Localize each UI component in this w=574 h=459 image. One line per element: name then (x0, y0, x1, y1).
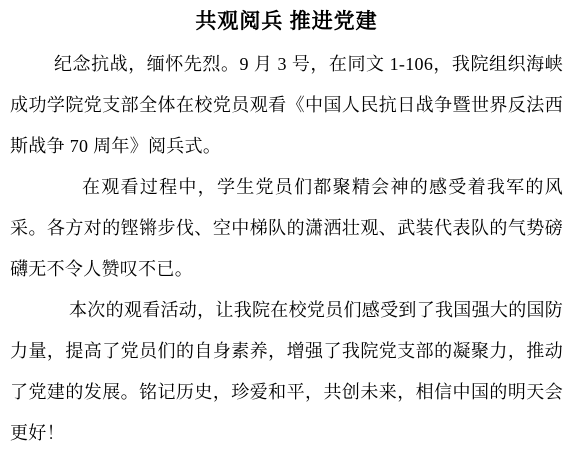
text-line: 采。各方对的铿锵步伐、空中梯队的潇洒壮观、武装代表队的气势磅 (10, 208, 563, 249)
paragraph-1: 纪念抗战，缅怀先烈。9 月 3 号，在同文 1-106，我院组织海峡 成功学院党… (10, 44, 563, 167)
text-line: 本次的观看活动，让我院在校党员们感受到了我国强大的国防 (10, 290, 563, 331)
document-page: 共观阅兵 推进党建 纪念抗战，缅怀先烈。9 月 3 号，在同文 1-106，我院… (0, 0, 574, 459)
text-line: 力量，提高了党员们的自身素养，增强了我院党支部的凝聚力，推动 (10, 331, 563, 372)
text-line: 成功学院党支部全体在校党员观看《中国人民抗日战争暨世界反法西 (10, 85, 563, 126)
paragraph-2: 在观看过程中，学生党员们都聚精会神的感受着我军的风 采。各方对的铿锵步伐、空中梯… (10, 167, 563, 290)
paragraph-3: 本次的观看活动，让我院在校党员们感受到了我国强大的国防 力量，提高了党员们的自身… (10, 290, 563, 454)
text-line: 斯战争 70 周年》阅兵式。 (10, 126, 563, 167)
document-title: 共观阅兵 推进党建 (10, 4, 563, 38)
text-line: 在观看过程中，学生党员们都聚精会神的感受着我军的风 (10, 167, 563, 208)
text-line: 更好！ (10, 413, 563, 454)
text-line: 了党建的发展。铭记历史，珍爱和平，共创未来，相信中国的明天会 (10, 372, 563, 413)
text-line: 礴无不令人赞叹不已。 (10, 249, 563, 290)
text-line: 纪念抗战，缅怀先烈。9 月 3 号，在同文 1-106，我院组织海峡 (10, 44, 563, 85)
